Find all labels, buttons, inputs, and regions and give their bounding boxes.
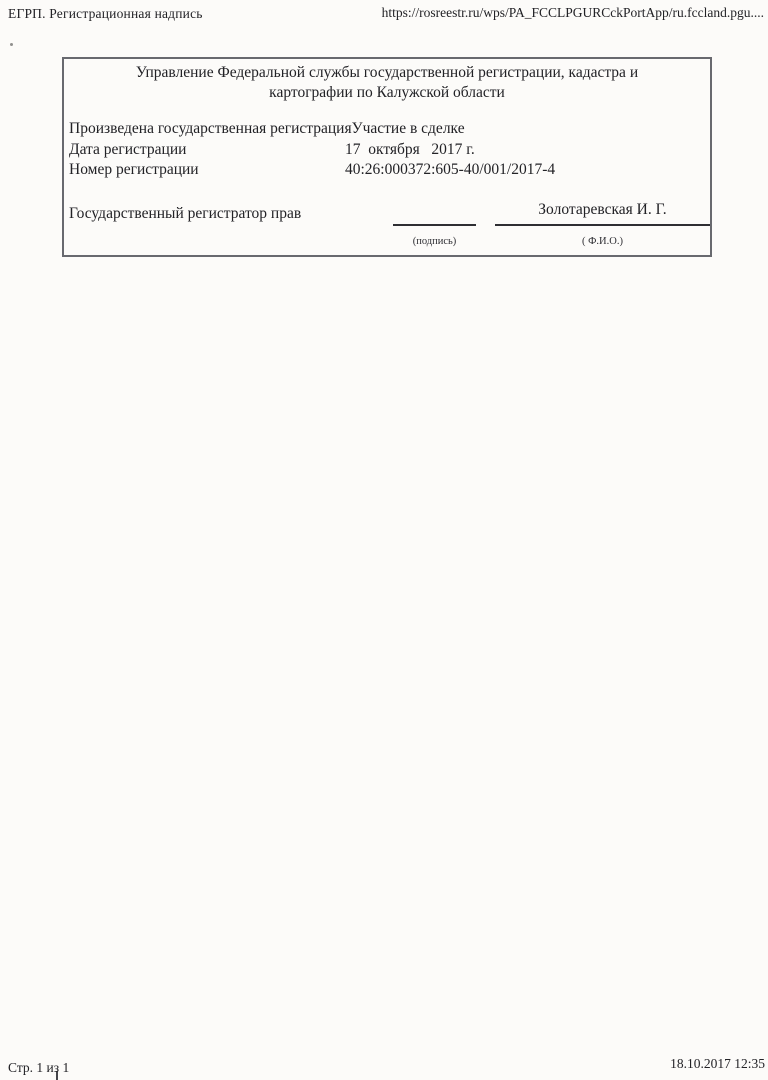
signature-caption: (подпись): [385, 236, 484, 247]
name-caption: ( Ф.И.О.): [495, 236, 710, 247]
scan-dot-artifact: [10, 43, 13, 46]
stamp-title: Управление Федеральной службы государств…: [64, 63, 710, 102]
field-value: 40:26:000372:605-40/001/2017-4: [345, 160, 555, 181]
name-line: [495, 224, 710, 226]
signature-line: [393, 224, 476, 226]
registrar-label: Государственный регистратор прав: [69, 205, 301, 223]
footer-datetime: 18.10.2017 12:35: [670, 1056, 765, 1072]
field-value: Участие в сделке: [352, 119, 465, 140]
stamp-fields: Произведена государственная регистрация …: [64, 119, 710, 181]
field-row-registration-date: Дата регистрации 17 октября 2017 г.: [64, 140, 710, 161]
field-row-registration-type: Произведена государственная регистрация …: [64, 119, 710, 140]
printed-page: { "header": { "title": "ЕГРП. Регистраци…: [0, 0, 768, 1080]
field-value: 17 октября 2017 г.: [345, 140, 475, 161]
header-url: https://rosreestr.ru/wps/PA_FCCLPGURCckP…: [382, 5, 764, 21]
registrar-name: Золотаревская И. Г.: [495, 201, 710, 219]
field-label: Номер регистрации: [64, 160, 345, 181]
field-row-registration-number: Номер регистрации 40:26:000372:605-40/00…: [64, 160, 710, 181]
field-label: Произведена государственная регистрация: [64, 119, 352, 140]
footer-page-number: Стр. 1 из 1: [8, 1060, 69, 1076]
header-document-title: ЕГРП. Регистрационная надпись: [8, 6, 203, 22]
registration-stamp-box: Управление Федеральной службы государств…: [62, 57, 712, 257]
field-label: Дата регистрации: [64, 140, 345, 161]
